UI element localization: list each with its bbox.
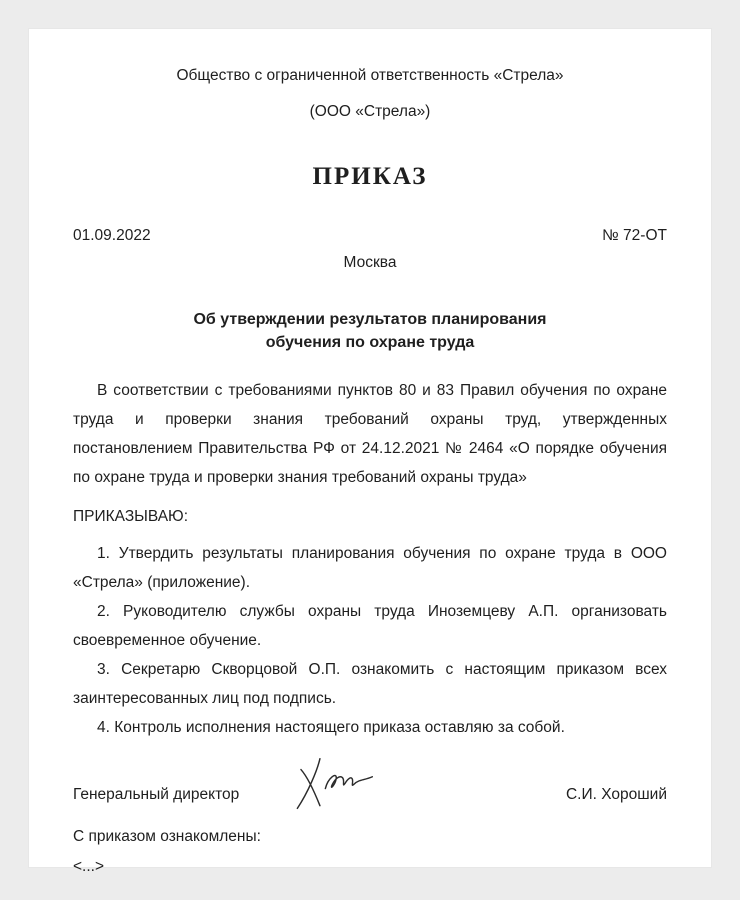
company-name-short: (ООО «Стрела») <box>73 101 667 123</box>
order-number: № 72-ОТ <box>602 227 667 245</box>
acknowledgement-placeholder: <...> <box>73 852 667 881</box>
order-item-1: 1. Утвердить результаты планирования обу… <box>73 539 667 597</box>
acknowledged-label: С приказом ознакомлены: <box>73 822 667 851</box>
company-name-full: Общество с ограниченной ответственность … <box>73 65 667 87</box>
order-item-4: 4. Контроль исполнения настоящего приказ… <box>73 713 667 742</box>
subject-heading: Об утверждении результатов планирования … <box>73 308 667 354</box>
order-date: 01.09.2022 <box>73 227 151 245</box>
subject-line-2: обучения по охране труда <box>73 331 667 354</box>
handwritten-signature-icon <box>288 756 388 812</box>
director-position-label: Генеральный директор <box>73 784 239 806</box>
preamble-paragraph: В соответствии с требованиями пунктов 80… <box>73 376 667 492</box>
order-keyword: ПРИКАЗЫВАЮ: <box>73 502 667 531</box>
director-name: С.И. Хороший <box>566 784 667 806</box>
subject-line-1: Об утверждении результатов планирования <box>73 308 667 331</box>
order-items-list: 1. Утвердить результаты планирования обу… <box>73 539 667 742</box>
document-type-title: ПРИКАЗ <box>73 163 667 191</box>
order-item-3: 3. Секретарю Скворцовой О.П. ознакомить … <box>73 655 667 713</box>
meta-row: 01.09.2022 № 72-ОТ <box>73 227 667 245</box>
document-sheet: Общество с ограниченной ответственность … <box>29 29 711 867</box>
order-item-2: 2. Руководителю службы охраны труда Иноз… <box>73 597 667 655</box>
page-background: Общество с ограниченной ответственность … <box>0 0 740 900</box>
city-label: Москва <box>73 254 667 272</box>
signature-row: Генеральный директор С.И. Хороший <box>73 756 667 806</box>
